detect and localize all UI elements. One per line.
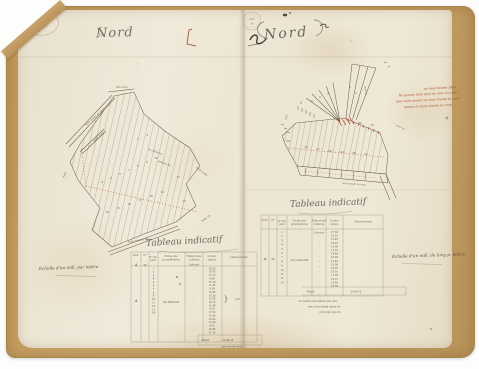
ink-marks-layer: PlanPlan36: [0, 0, 479, 369]
red-angle-mark: [187, 29, 196, 46]
nord-flourishes: [98, 20, 322, 38]
title-underline-flourishes: [158, 211, 352, 252]
right-stamp-icon: [243, 12, 261, 30]
scanned-map-sheet: Nord Nord Tableau indicatif Tableau indi…: [0, 0, 479, 369]
handwritten-text: Plan: [248, 17, 255, 21]
handwritten-text: 36: [250, 22, 254, 26]
foxing-spots: [94, 40, 448, 352]
